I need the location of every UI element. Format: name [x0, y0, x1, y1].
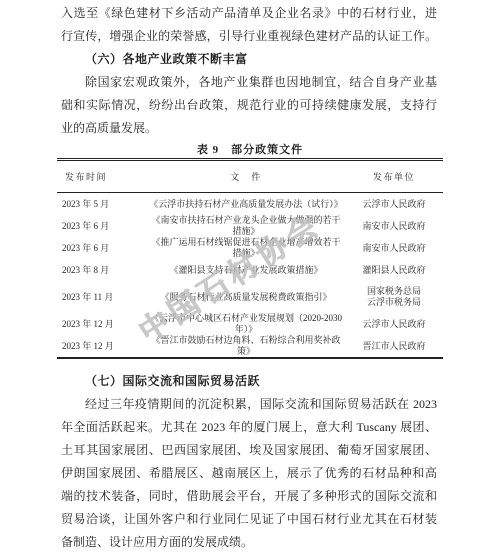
section-7-line: 土耳其国家展团、巴西国家展团、埃及国家展团、葡萄牙国家展团、: [61, 439, 437, 462]
cell-doc: 《南安市扶持石材产业龙头企业做大做强的若干措施》: [147, 215, 345, 237]
cell-doc: 《晋江市鼓励石材边角料、石粉综合利用奖补政策》: [147, 335, 345, 358]
cell-org: 国家税务总局 云浮市税务局: [345, 281, 443, 313]
cell-doc: 《灌阳县支持石材产业发展政策措施》: [147, 259, 345, 281]
org-line-1: 国家税务总局: [347, 286, 441, 297]
section-7-line: 伊朗国家展团、希腊展区、越南展区上，展示了优秀的石材品种和高: [61, 462, 437, 485]
policy-table: 发布时间 文 件 发布单位 2023 年 5 月 《云浮市扶持石材产业高质量发展…: [57, 158, 443, 359]
section-7-line: 年全面活跃起来。尤其在 2023 年的厦门展上，意大利 Tuscany 展团、: [61, 416, 437, 439]
table-row: 2023 年 5 月 《云浮市扶持石材产业高质量发展办法（试行）》 云浮市人民政…: [57, 193, 443, 216]
cell-org: 南安市人民政府: [345, 215, 443, 237]
table-caption: 表 9 部分政策文件: [57, 141, 443, 157]
table-row: 2023 年 8 月 《灌阳县支持石材产业发展政策措施》 灌阳县人民政府: [57, 259, 443, 281]
cell-doc: 《云浮市中心城区石材产业发展规划（2020-2030 年）》: [147, 313, 345, 335]
cell-date: 2023 年 11 月: [57, 281, 147, 313]
header-document: 文 件: [147, 160, 345, 193]
cell-date: 2023 年 6 月: [57, 215, 147, 237]
section-6-line: 础和实际情况，纷纷出台政策，规范行业的可持续健康发展，支持行: [61, 94, 437, 117]
intro-line: 行宣传，增强企业的荣誉感，引导行业重视绿色建材产品的认证工作。: [61, 25, 437, 48]
cell-date: 2023 年 6 月: [57, 237, 147, 259]
table-row: 2023 年 6 月 《推广运用石材线锯促进石材企业增产增效若干措施》 南安市人…: [57, 237, 443, 259]
section-7-line: 经过三年疫情期间的沉淀积累，国际交流和国际贸易活跃在 2023: [61, 393, 437, 416]
cell-org: 灌阳县人民政府: [345, 259, 443, 281]
section-6-line: 业的高质量发展。: [61, 117, 437, 140]
intro-line: 入选至《绿色建材下乡活动产品清单及企业名录》中的石材行业，进: [61, 2, 437, 25]
section-7-line: 端的技术装备，同时，借助展会平台，开展了多种形式的国际交流和: [61, 485, 437, 508]
section-7-line: 贸易洽谈，让国外客户和行业同仁见证了中国石材行业尤其在石材装: [61, 508, 437, 531]
cell-doc: 《云浮市扶持石材产业高质量发展办法（试行）》: [147, 193, 345, 216]
cell-doc: 《服务石材行业高质量发展税费政策指引》: [147, 281, 345, 313]
header-publisher: 发布单位: [345, 160, 443, 193]
org-line-2: 云浮市税务局: [347, 297, 441, 308]
section-6-line: 除国家宏观政策外，各地产业集群也因地制宜，结合自身产业基: [61, 71, 437, 94]
cell-date: 2023 年 12 月: [57, 313, 147, 335]
section-6-heading: （六）各地产业政策不断丰富: [61, 48, 437, 71]
cell-date: 2023 年 8 月: [57, 259, 147, 281]
cell-date: 2023 年 12 月: [57, 335, 147, 358]
cell-org: 晋江市人民政府: [345, 335, 443, 358]
table-header-row: 发布时间 文 件 发布单位: [57, 160, 443, 193]
section-7-line: 备制造、设计应用方面的发展成绩。: [61, 531, 437, 554]
section-7-heading: （七）国际交流和国际贸易活跃: [61, 370, 437, 393]
cell-org: 云浮市人民政府: [345, 313, 443, 335]
cell-doc: 《推广运用石材线锯促进石材企业增产增效若干措施》: [147, 237, 345, 259]
table-row: 2023 年 12 月 《晋江市鼓励石材边角料、石粉综合利用奖补政策》 晋江市人…: [57, 335, 443, 358]
table-row: 2023 年 6 月 《南安市扶持石材产业龙头企业做大做强的若干措施》 南安市人…: [57, 215, 443, 237]
cell-org: 云浮市人民政府: [345, 193, 443, 216]
table-row: 2023 年 12 月 《云浮市中心城区石材产业发展规划（2020-2030 年…: [57, 313, 443, 335]
top-text-block: 入选至《绿色建材下乡活动产品清单及企业名录》中的石材行业，进 行宣传，增强企业的…: [61, 2, 437, 140]
bottom-text-block: （七）国际交流和国际贸易活跃 经过三年疫情期间的沉淀积累，国际交流和国际贸易活跃…: [61, 370, 437, 554]
document-page: 入选至《绿色建材下乡活动产品清单及企业名录》中的石材行业，进 行宣传，增强企业的…: [0, 0, 490, 556]
table-row: 2023 年 11 月 《服务石材行业高质量发展税费政策指引》 国家税务总局 云…: [57, 281, 443, 313]
cell-date: 2023 年 5 月: [57, 193, 147, 216]
header-publish-date: 发布时间: [57, 160, 147, 193]
cell-org: 南安市人民政府: [345, 237, 443, 259]
